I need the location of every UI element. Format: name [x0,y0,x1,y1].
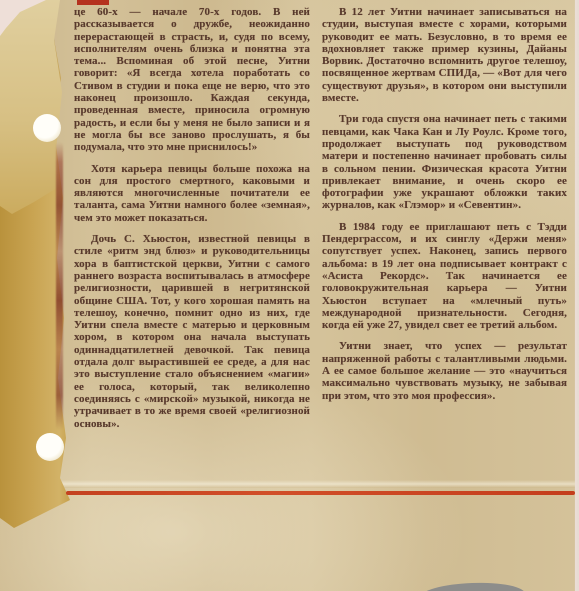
article-column-right: В 12 лет Уитни начинает записываться на … [322,6,567,486]
punch-hole [33,114,61,142]
red-divider-line [66,491,575,495]
paragraph: це 60-х — начале 70-х годов. В ней расск… [74,6,310,154]
paragraph: Три года спустя она начинает петь с таки… [322,113,567,211]
article-column-left: це 60-х — начале 70-х годов. В ней расск… [74,6,310,486]
paragraph: Дочь С. Хьюстон, известной певицы в стил… [74,233,310,430]
paragraph: Уитни знает, что успех — результат напря… [322,340,567,401]
paragraph: Хотя карьера певицы больше похожа на сон… [74,163,310,224]
clipping-right-edge [574,0,579,591]
cropped-red-headline-fragment [77,0,109,5]
paragraph: В 1984 году ее приглашают петь с Тэдди П… [322,221,567,332]
red-ink-streak [56,142,63,430]
scan-background: це 60-х — начале 70-х годов. В ней расск… [0,0,579,591]
paragraph: В 12 лет Уитни начинает записываться на … [322,6,567,104]
punch-hole [36,433,64,461]
